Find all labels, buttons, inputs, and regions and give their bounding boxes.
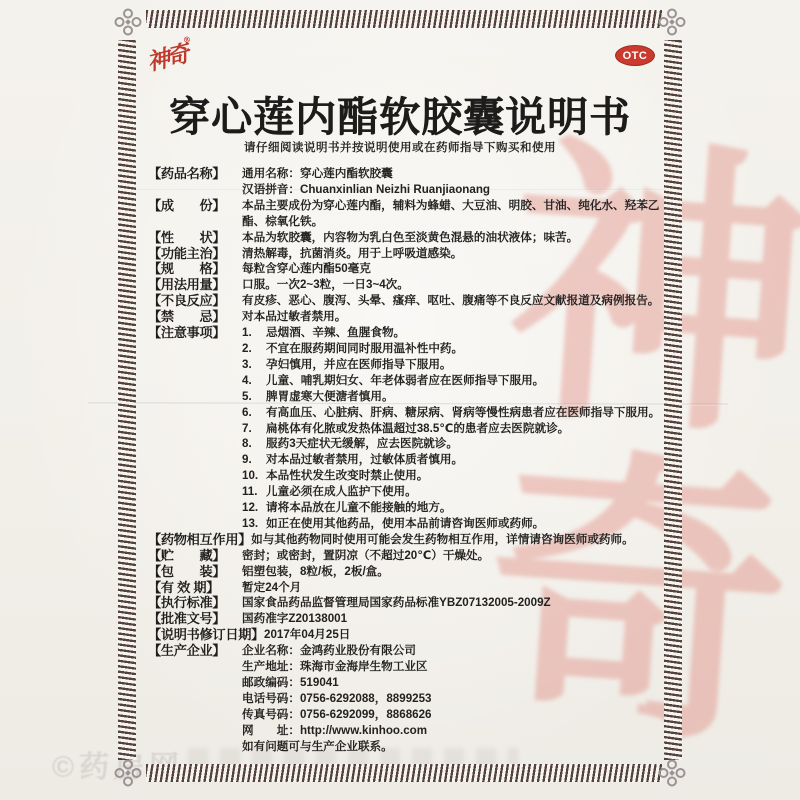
section-value: 如与其他药物同时使用可能会发生药物相互作用，详情请咨询医师或药师。 (251, 532, 666, 548)
note-item: 9.对本品过敏者禁用，过敏体质者慎用。 (242, 452, 666, 468)
section-label: 【禁 忌】 (148, 309, 242, 325)
section-row: 【生产企业】企业名称：金鸿药业股份有限公司生产地址：珠海市金海岸生物工业区邮政编… (148, 643, 666, 754)
text-line: 邮政编码：519041 (242, 675, 666, 691)
section-row: 【药物相互作用】如与其他药物同时使用可能会发生药物相互作用，详情请咨询医师或药师… (148, 532, 666, 548)
section-label: 【用法用量】 (148, 277, 242, 293)
text-line: 铝塑包装，8粒/板，2板/盒。 (242, 564, 666, 580)
note-item-text: 扁桃体有化脓或发热体温超过38.5℃的患者应去医院就诊。 (266, 421, 666, 437)
section-label: 【批准文号】 (148, 611, 242, 627)
note-item: 4.儿童、哺乳期妇女、年老体弱者应在医师指导下服用。 (242, 373, 666, 389)
section-value: 对本品过敏者禁用。 (242, 309, 666, 325)
text-line: 汉语拼音：Chuanxinlian Neizhi Ruanjiaonang (242, 182, 666, 198)
section-label: 【不良反应】 (148, 293, 242, 309)
section-value: 企业名称：金鸿药业股份有限公司生产地址：珠海市金海岸生物工业区邮政编码：5190… (242, 643, 666, 754)
note-item: 3.孕妇慎用，并应在医师指导下服用。 (242, 357, 666, 373)
note-item-number: 9. (242, 452, 266, 468)
note-item: 11.儿童必须在成人监护下使用。 (242, 484, 666, 500)
section-row: 【有 效 期】暂定24个月 (148, 580, 666, 596)
text-line: 对本品过敏者禁用。 (242, 309, 666, 325)
text-line: 传真号码：0756-6292099，8868626 (242, 707, 666, 723)
brand-logo-text: 神奇 (144, 40, 189, 76)
note-item-number: 4. (242, 373, 266, 389)
section-row: 【贮 藏】密封；或密封，置阴凉（不超过20℃）干燥处。 (148, 548, 666, 564)
section-label: 【性 状】 (148, 230, 242, 246)
section-label: 【说明书修订日期】 (148, 627, 264, 643)
page-title: 穿心莲内酯软胶囊说明书 (0, 84, 800, 143)
text-line: 密封；或密封，置阴凉（不超过20℃）干燥处。 (242, 548, 666, 564)
note-item-text: 如正在使用其他药品，使用本品前请咨询医师或药师。 (266, 516, 666, 532)
instruction-sheet: 神奇 ©药房网 神奇® OTC (0, 0, 800, 800)
text-line: 企业名称：金鸿药业股份有限公司 (242, 643, 666, 659)
sections: 【药品名称】通用名称：穿心莲内酯软胶囊汉语拼音：Chuanxinlian Nei… (148, 166, 666, 755)
section-value: 国家食品药品监督管理局国家药品标准YBZ07132005-2009Z (242, 595, 666, 611)
text-line: 口服。一次2~3粒，一日3~4次。 (242, 277, 666, 293)
note-item-number: 7. (242, 421, 266, 437)
note-item-text: 儿童、哺乳期妇女、年老体弱者应在医师指导下服用。 (266, 373, 666, 389)
section-row: 【禁 忌】对本品过敏者禁用。 (148, 309, 666, 325)
section-value: 铝塑包装，8粒/板，2板/盒。 (242, 564, 666, 580)
section-label: 【有 效 期】 (148, 580, 242, 596)
section-row: 【包 装】铝塑包装，8粒/板，2板/盒。 (148, 564, 666, 580)
corner-ornament-icon (657, 7, 687, 37)
text-line: 如有问题可与生产企业联系。 (242, 739, 666, 755)
note-item: 1.忌烟酒、辛辣、鱼腥食物。 (242, 325, 666, 341)
note-item-text: 本品性状发生改变时禁止使用。 (266, 468, 666, 484)
note-item: 2.不宜在服药期间同时服用温补性中药。 (242, 341, 666, 357)
section-row: 【注意事项】1.忌烟酒、辛辣、鱼腥食物。2.不宜在服药期间同时服用温补性中药。3… (148, 325, 666, 532)
text-line: 网 址：http://www.kinhoo.com (242, 723, 666, 739)
note-item-number: 8. (242, 436, 266, 452)
note-item: 12.请将本品放在儿童不能接触的地方。 (242, 500, 666, 516)
section-row: 【功能主治】清热解毒，抗菌消炎。用于上呼吸道感染。 (148, 246, 666, 262)
section-value: 暂定24个月 (242, 580, 666, 596)
note-item-text: 儿童必须在成人监护下使用。 (266, 484, 666, 500)
otc-badge-label: OTC (623, 50, 648, 62)
section-row: 【用法用量】口服。一次2~3粒，一日3~4次。 (148, 277, 666, 293)
note-item-number: 11. (242, 484, 266, 500)
note-item-text: 请将本品放在儿童不能接触的地方。 (266, 500, 666, 516)
section-value: 本品主要成份为穿心莲内酯，辅料为蜂蜡、大豆油、明胶、甘油、纯化水、羟苯乙酯、棕氧… (242, 198, 666, 230)
text-line: 本品主要成份为穿心莲内酯，辅料为蜂蜡、大豆油、明胶、甘油、纯化水、羟苯乙酯、棕氧… (242, 198, 666, 230)
note-item-number: 3. (242, 357, 266, 373)
note-item: 5.脾胃虚寒大便溏者慎用。 (242, 389, 666, 405)
section-value: 本品为软胶囊，内容物为乳白色至淡黄色混悬的油状液体；味苦。 (242, 230, 666, 246)
corner-ornament-icon (113, 7, 143, 37)
section-label: 【生产企业】 (148, 643, 242, 659)
section-value: 1.忌烟酒、辛辣、鱼腥食物。2.不宜在服药期间同时服用温补性中药。3.孕妇慎用，… (242, 325, 666, 532)
section-label: 【包 装】 (148, 564, 242, 580)
section-value: 口服。一次2~3粒，一日3~4次。 (242, 277, 666, 293)
text-line: 2017年04月25日 (264, 627, 666, 643)
section-label: 【执行标准】 (148, 595, 242, 611)
section-label: 【药品名称】 (148, 166, 242, 182)
text-line: 有皮疹、恶心、腹泻、头晕、瘙痒、呕吐、腹痛等不良反应文献报道及病例报告。 (242, 293, 666, 309)
note-item-text: 对本品过敏者禁用，过敏体质者慎用。 (266, 452, 666, 468)
text-line: 清热解毒，抗菌消炎。用于上呼吸道感染。 (242, 246, 666, 262)
section-value: 通用名称：穿心莲内酯软胶囊汉语拼音：Chuanxinlian Neizhi Ru… (242, 166, 666, 198)
note-item-text: 有高血压、心脏病、肝病、糖尿病、肾病等慢性病患者应在医师指导下服用。 (266, 405, 666, 421)
section-label: 【成 份】 (148, 198, 242, 214)
section-row: 【规 格】每粒含穿心莲内酯50毫克 (148, 261, 666, 277)
brand-logo: 神奇® (143, 35, 197, 75)
section-value: 2017年04月25日 (264, 627, 666, 643)
note-item-text: 孕妇慎用，并应在医师指导下服用。 (266, 357, 666, 373)
section-value: 每粒含穿心莲内酯50毫克 (242, 261, 666, 277)
note-item: 8.服药3天症状无缓解，应去医院就诊。 (242, 436, 666, 452)
page-subtitle: 请仔细阅读说明书并按说明使用或在药师指导下购买和使用 (0, 139, 800, 155)
section-value: 国药准字Z20138001 (242, 611, 666, 627)
otc-badge: OTC (615, 45, 655, 66)
section-label: 【规 格】 (148, 261, 242, 277)
text-line: 生产地址：珠海市金海岸生物工业区 (242, 659, 666, 675)
note-item-number: 5. (242, 389, 266, 405)
section-row: 【性 状】本品为软胶囊，内容物为乳白色至淡黄色混悬的油状液体；味苦。 (148, 230, 666, 246)
text-line: 暂定24个月 (242, 580, 666, 596)
note-item-number: 2. (242, 341, 266, 357)
note-item: 6.有高血压、心脏病、肝病、糖尿病、肾病等慢性病患者应在医师指导下服用。 (242, 405, 666, 421)
note-item-number: 6. (242, 405, 266, 421)
section-value: 密封；或密封，置阴凉（不超过20℃）干燥处。 (242, 548, 666, 564)
note-item-number: 12. (242, 500, 266, 516)
note-item-number: 13. (242, 516, 266, 532)
section-label: 【注意事项】 (148, 325, 242, 341)
text-line: 国药准字Z20138001 (242, 611, 666, 627)
section-value: 有皮疹、恶心、腹泻、头晕、瘙痒、呕吐、腹痛等不良反应文献报道及病例报告。 (242, 293, 666, 309)
note-item: 13.如正在使用其他药品，使用本品前请咨询医师或药师。 (242, 516, 666, 532)
section-label: 【药物相互作用】 (148, 532, 251, 548)
corner-ornament-icon (657, 758, 687, 788)
note-item: 7.扁桃体有化脓或发热体温超过38.5℃的患者应去医院就诊。 (242, 421, 666, 437)
note-item: 10.本品性状发生改变时禁止使用。 (242, 468, 666, 484)
section-row: 【说明书修订日期】2017年04月25日 (148, 627, 666, 643)
section-label: 【贮 藏】 (148, 548, 242, 564)
text-line: 通用名称：穿心莲内酯软胶囊 (242, 166, 666, 182)
text-line: 每粒含穿心莲内酯50毫克 (242, 261, 666, 277)
text-line: 本品为软胶囊，内容物为乳白色至淡黄色混悬的油状液体；味苦。 (242, 230, 666, 246)
note-item-text: 不宜在服药期间同时服用温补性中药。 (266, 341, 666, 357)
section-row: 【成 份】本品主要成份为穿心莲内酯，辅料为蜂蜡、大豆油、明胶、甘油、纯化水、羟苯… (148, 198, 666, 230)
section-row: 【执行标准】国家食品药品监督管理局国家药品标准YBZ07132005-2009Z (148, 595, 666, 611)
note-item-number: 10. (242, 468, 266, 484)
section-row: 【批准文号】国药准字Z20138001 (148, 611, 666, 627)
section-value: 清热解毒，抗菌消炎。用于上呼吸道感染。 (242, 246, 666, 262)
section-row: 【药品名称】通用名称：穿心莲内酯软胶囊汉语拼音：Chuanxinlian Nei… (148, 166, 666, 198)
border-rope-top (146, 10, 662, 28)
note-item-number: 1. (242, 325, 266, 341)
registered-trademark-icon: ® (182, 34, 192, 46)
section-row: 【不良反应】有皮疹、恶心、腹泻、头晕、瘙痒、呕吐、腹痛等不良反应文献报道及病例报… (148, 293, 666, 309)
text-line: 如与其他药物同时使用可能会发生药物相互作用，详情请咨询医师或药师。 (251, 532, 666, 548)
text-line: 国家食品药品监督管理局国家药品标准YBZ07132005-2009Z (242, 595, 666, 611)
border-rope-bottom (146, 764, 662, 782)
note-item-text: 服药3天症状无缓解，应去医院就诊。 (266, 436, 666, 452)
note-item-text: 脾胃虚寒大便溏者慎用。 (266, 389, 666, 405)
note-item-text: 忌烟酒、辛辣、鱼腥食物。 (266, 325, 666, 341)
section-label: 【功能主治】 (148, 246, 242, 262)
text-line: 电话号码：0756-6292088，8899253 (242, 691, 666, 707)
corner-ornament-icon (113, 758, 143, 788)
